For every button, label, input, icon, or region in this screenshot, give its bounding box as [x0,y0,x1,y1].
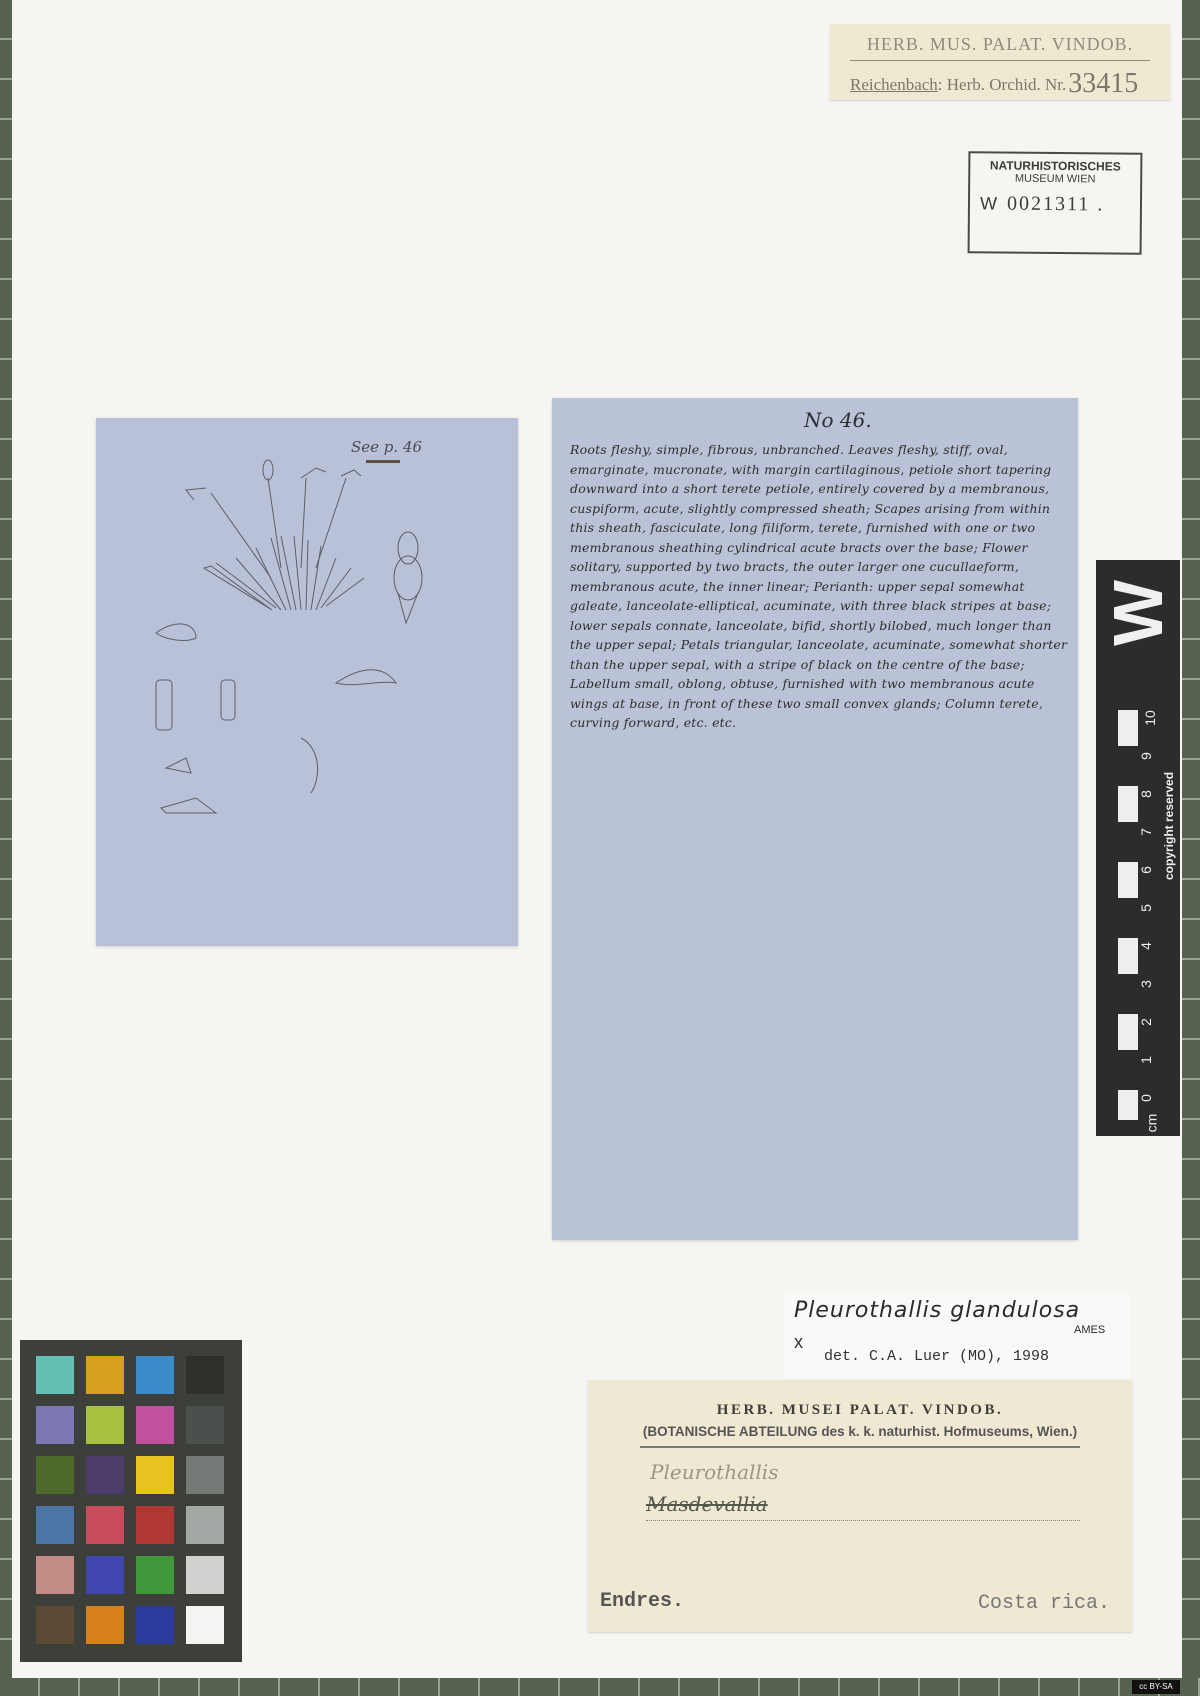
herbarium-name: HERB. MUS. PALAT. VINDOB. [830,34,1170,55]
botanical-drawing-sheet: See p. 46 [96,418,518,946]
museum-barcode-stamp: NATURHISTORISCHES MUSEUM WIEN W0021311 . [968,151,1143,255]
color-patch [36,1606,74,1644]
ruler-bottom [0,1678,1200,1696]
species-author: AMES [1074,1324,1105,1336]
determination-slip: Pleurothallis glandulosa AMES x det. C.A… [784,1294,1130,1378]
color-patch [86,1456,124,1494]
color-patch [136,1356,174,1394]
color-patch [136,1406,174,1444]
genus-name: Pleurothallis [650,1460,778,1484]
collector-name: Reichenbach [850,75,938,94]
color-patch [186,1506,224,1544]
color-patch [186,1606,224,1644]
collection-label-top: HERB. MUS. PALAT. VINDOB. Reichenbach: H… [830,24,1170,100]
color-patch [136,1606,174,1644]
mark-x: x [794,1332,803,1353]
determiner: det. C.A. Luer (MO), 1998 [824,1348,1049,1365]
color-patch [136,1556,174,1594]
barcode-number: W0021311 . [980,192,1140,216]
color-patch [36,1456,74,1494]
ruler-left [0,0,12,1696]
color-patch [186,1356,224,1394]
scale-numbers: 10 9 8 7 6 5 4 3 2 1 0 cm [1140,710,1160,1120]
color-patch [36,1406,74,1444]
struck-name: Masdevallia [646,1492,768,1516]
scale-bar: W 10 9 8 7 6 5 4 3 2 1 0 cm copyright re… [1096,560,1180,1136]
scale-letter: W [1098,590,1178,646]
ruler-right [1182,0,1200,1696]
collector: Endres. [600,1590,684,1613]
herbarium-number: 33415 [1068,68,1138,99]
notes-text: Roots fleshy, simple, fibrous, unbranche… [570,440,1068,733]
orchid-sketch-icon [96,418,518,946]
color-patch [136,1456,174,1494]
notes-number: No 46. [804,408,872,432]
scale-ticks [1096,710,1140,1120]
color-patch [86,1556,124,1594]
handwritten-notes-sheet: No 46. Roots fleshy, simple, fibrous, un… [552,398,1078,1240]
color-patch [186,1456,224,1494]
collection-label-bottom: HERB. MUSEI PALAT. VINDOB. (BOTANISCHE A… [588,1380,1132,1632]
color-patch [86,1406,124,1444]
color-patch [86,1606,124,1644]
color-patch [186,1556,224,1594]
locality: Costa rica. [978,1592,1110,1615]
copyright-text: copyright reserved [1162,772,1176,880]
color-patch [36,1356,74,1394]
color-patch [186,1406,224,1444]
color-patch [36,1506,74,1544]
color-patch [86,1506,124,1544]
license-badge: cc BY-SA [1132,1680,1180,1694]
color-patch [36,1556,74,1594]
color-patch [136,1506,174,1544]
color-checker-card [20,1340,242,1662]
herbarium-number-line: Reichenbach: Herb. Orchid. Nr.33415 [850,66,1138,98]
label-rule [850,60,1150,61]
color-patch [86,1356,124,1394]
species-name: Pleurothallis glandulosa [794,1298,1080,1323]
